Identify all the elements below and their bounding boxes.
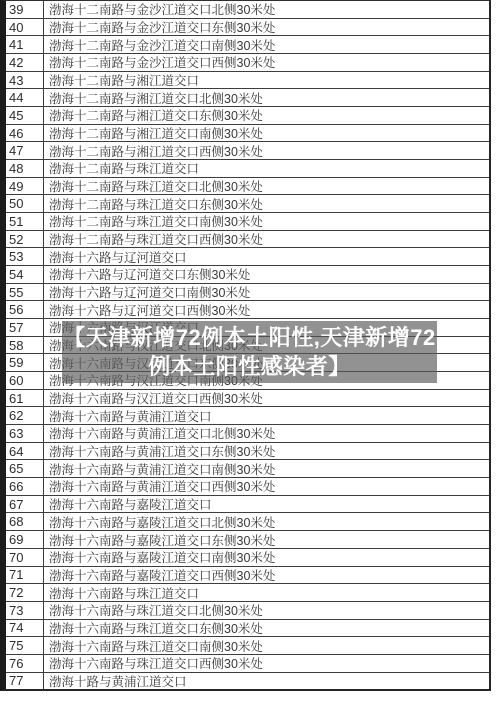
row-number-cell: 48: [6, 160, 44, 177]
row-number-cell: 63: [6, 425, 44, 442]
location-cell: 渤海十六路与辽河道交口西侧30米处: [44, 301, 489, 318]
location-cell: 渤海十六南路与黄浦江道交口西侧30米处: [44, 478, 489, 495]
table-row: 39 渤海十二南路与金沙江道交口北侧30米处: [6, 1, 489, 19]
location-cell: 渤海十六路与辽河道交口: [44, 248, 489, 265]
row-number-cell: 50: [6, 195, 44, 212]
location-cell: 渤海十二南路与珠江道交口: [44, 160, 489, 177]
row-number-cell: 39: [6, 1, 44, 18]
row-number-cell: 57: [6, 319, 44, 336]
table-row: 61 渤海十六南路与汉江道交口西侧30米处: [6, 390, 489, 408]
table-row: 73 渤海十六南路与珠江道交口北侧30米处: [6, 602, 489, 620]
table-row: 65 渤海十六南路与黄浦江道交口南侧30米处: [6, 460, 489, 478]
row-number-cell: 71: [6, 567, 44, 584]
location-cell: 渤海十二南路与金沙江道交口西侧30米处: [44, 54, 489, 71]
location-cell: 渤海十二南路与湘江道交口北侧30米处: [44, 89, 489, 106]
table-row: 46 渤海十二南路与湘江道交口南侧30米处: [6, 125, 489, 143]
location-cell: 渤海十六南路与珠江道交口北侧30米处: [44, 602, 489, 619]
row-number-cell: 67: [6, 496, 44, 513]
row-number-cell: 58: [6, 337, 44, 354]
location-cell: 渤海十路与黄浦江道交口: [44, 673, 489, 690]
location-cell: 渤海十二南路与金沙江道交口北侧30米处: [44, 1, 489, 18]
location-cell: 渤海十二南路与珠江道交口东侧30米处: [44, 195, 489, 212]
location-cell: 渤海十二南路与珠江道交口西侧30米处: [44, 231, 489, 248]
row-number-cell: 76: [6, 655, 44, 672]
table-row: 48 渤海十二南路与珠江道交口: [6, 160, 489, 178]
row-number-cell: 65: [6, 460, 44, 477]
location-cell: 渤海十二南路与珠江道交口北侧30米处: [44, 178, 489, 195]
row-number-cell: 46: [6, 125, 44, 142]
table-row: 41 渤海十二南路与金沙江道交口南侧30米处: [6, 36, 489, 54]
row-number-cell: 44: [6, 89, 44, 106]
row-number-cell: 47: [6, 142, 44, 159]
row-number-cell: 68: [6, 513, 44, 530]
row-number-cell: 41: [6, 36, 44, 53]
row-number-cell: 70: [6, 549, 44, 566]
table-row: 62 渤海十六南路与黄浦江道交口: [6, 407, 489, 425]
location-cell: 渤海十六南路与黄浦江道交口北侧30米处: [44, 425, 489, 442]
location-cell: 渤海十二南路与珠江道交口南侧30米处: [44, 213, 489, 230]
table-row: 63 渤海十六南路与黄浦江道交口北侧30米处: [6, 425, 489, 443]
row-number-cell: 55: [6, 284, 44, 301]
table-row: 67 渤海十六南路与嘉陵江道交口: [6, 496, 489, 514]
table-row: 50 渤海十二南路与珠江道交口东侧30米处: [6, 195, 489, 213]
row-number-cell: 66: [6, 478, 44, 495]
row-number-cell: 43: [6, 72, 44, 89]
row-number-cell: 51: [6, 213, 44, 230]
row-number-cell: 59: [6, 354, 44, 371]
table-row: 47 渤海十二南路与湘江道交口西侧30米处: [6, 142, 489, 160]
row-number-cell: 40: [6, 19, 44, 36]
location-cell: 渤海十六南路与嘉陵江道交口东侧30米处: [44, 531, 489, 548]
page: { "page": { "background_color": "#ffffff…: [0, 0, 500, 707]
location-cell: 渤海十六南路与珠江道交口东侧30米处: [44, 620, 489, 637]
caption-line-2: 例本土阳性感染者】: [148, 352, 351, 381]
table-row: 72 渤海十六南路与珠江道交口: [6, 584, 489, 602]
location-cell: 渤海十六南路与黄浦江道交口南侧30米处: [44, 460, 489, 477]
table-row: 77 渤海十路与黄浦江道交口: [6, 673, 489, 690]
row-number-cell: 72: [6, 584, 44, 601]
table-row: 45 渤海十二南路与湘江道交口东侧30米处: [6, 107, 489, 125]
row-number-cell: 54: [6, 266, 44, 283]
location-cell: 渤海十六南路与嘉陵江道交口南侧30米处: [44, 549, 489, 566]
location-cell: 渤海十六南路与嘉陵江道交口西侧30米处: [44, 567, 489, 584]
row-number-cell: 49: [6, 178, 44, 195]
table-row: 75 渤海十六南路与珠江道交口南侧30米处: [6, 637, 489, 655]
location-cell: 渤海十六路与辽河道交口南侧30米处: [44, 284, 489, 301]
table-row: 74 渤海十六南路与珠江道交口东侧30米处: [6, 620, 489, 638]
row-number-cell: 45: [6, 107, 44, 124]
location-cell: 渤海十六南路与珠江道交口南侧30米处: [44, 637, 489, 654]
row-number-cell: 53: [6, 248, 44, 265]
row-number-cell: 74: [6, 620, 44, 637]
row-number-cell: 56: [6, 301, 44, 318]
table-row: 54 渤海十六路与辽河道交口东侧30米处: [6, 266, 489, 284]
row-number-cell: 62: [6, 407, 44, 424]
location-cell: 渤海十六南路与嘉陵江道交口北侧30米处: [44, 513, 489, 530]
location-cell: 渤海十二南路与湘江道交口南侧30米处: [44, 125, 489, 142]
table-row: 70 渤海十六南路与嘉陵江道交口南侧30米处: [6, 549, 489, 567]
table-row: 52 渤海十二南路与珠江道交口西侧30米处: [6, 231, 489, 249]
table-row: 53 渤海十六路与辽河道交口: [6, 248, 489, 266]
row-number-cell: 42: [6, 54, 44, 71]
row-number-cell: 52: [6, 231, 44, 248]
table-row: 43 渤海十二南路与湘江道交口: [6, 72, 489, 90]
row-number-cell: 77: [6, 673, 44, 690]
row-number-cell: 61: [6, 390, 44, 407]
location-cell: 渤海十二南路与金沙江道交口南侧30米处: [44, 36, 489, 53]
table-row: 51 渤海十二南路与珠江道交口南侧30米处: [6, 213, 489, 231]
table-row: 64 渤海十六南路与黄浦江道交口东侧30米处: [6, 443, 489, 461]
table-row: 71 渤海十六南路与嘉陵江道交口西侧30米处: [6, 567, 489, 585]
caption-line-1: 【天津新增72例本土阳性,天津新增72: [63, 323, 436, 352]
location-cell: 渤海十二南路与湘江道交口东侧30米处: [44, 107, 489, 124]
table-row: 42 渤海十二南路与金沙江道交口西侧30米处: [6, 54, 489, 72]
location-cell: 渤海十六南路与珠江道交口: [44, 584, 489, 601]
row-number-cell: 73: [6, 602, 44, 619]
table-row: 56 渤海十六路与辽河道交口西侧30米处: [6, 301, 489, 319]
table-row: 40 渤海十二南路与金沙江道交口东侧30米处: [6, 19, 489, 37]
caption-overlay: 【天津新增72例本土阳性,天津新增72 例本土阳性感染者】: [62, 321, 437, 383]
location-cell: 渤海十六南路与黄浦江道交口东侧30米处: [44, 443, 489, 460]
row-number-cell: 60: [6, 372, 44, 389]
table-row: 44 渤海十二南路与湘江道交口北侧30米处: [6, 89, 489, 107]
location-cell: 渤海十二南路与湘江道交口西侧30米处: [44, 142, 489, 159]
table-row: 69 渤海十六南路与嘉陵江道交口东侧30米处: [6, 531, 489, 549]
location-cell: 渤海十二南路与金沙江道交口东侧30米处: [44, 19, 489, 36]
location-cell: 渤海十六南路与黄浦江道交口: [44, 407, 489, 424]
location-cell: 渤海十二南路与湘江道交口: [44, 72, 489, 89]
table-row: 68 渤海十六南路与嘉陵江道交口北侧30米处: [6, 513, 489, 531]
location-cell: 渤海十六南路与珠江道交口西侧30米处: [44, 655, 489, 672]
location-cell: 渤海十六南路与汉江道交口西侧30米处: [44, 390, 489, 407]
location-cell: 渤海十六路与辽河道交口东侧30米处: [44, 266, 489, 283]
table-row: 55 渤海十六路与辽河道交口南侧30米处: [6, 284, 489, 302]
table-row: 49 渤海十二南路与珠江道交口北侧30米处: [6, 178, 489, 196]
location-cell: 渤海十六南路与嘉陵江道交口: [44, 496, 489, 513]
table-row: 76 渤海十六南路与珠江道交口西侧30米处: [6, 655, 489, 673]
row-number-cell: 75: [6, 637, 44, 654]
row-number-cell: 69: [6, 531, 44, 548]
row-number-cell: 64: [6, 443, 44, 460]
table-row: 66 渤海十六南路与黄浦江道交口西侧30米处: [6, 478, 489, 496]
